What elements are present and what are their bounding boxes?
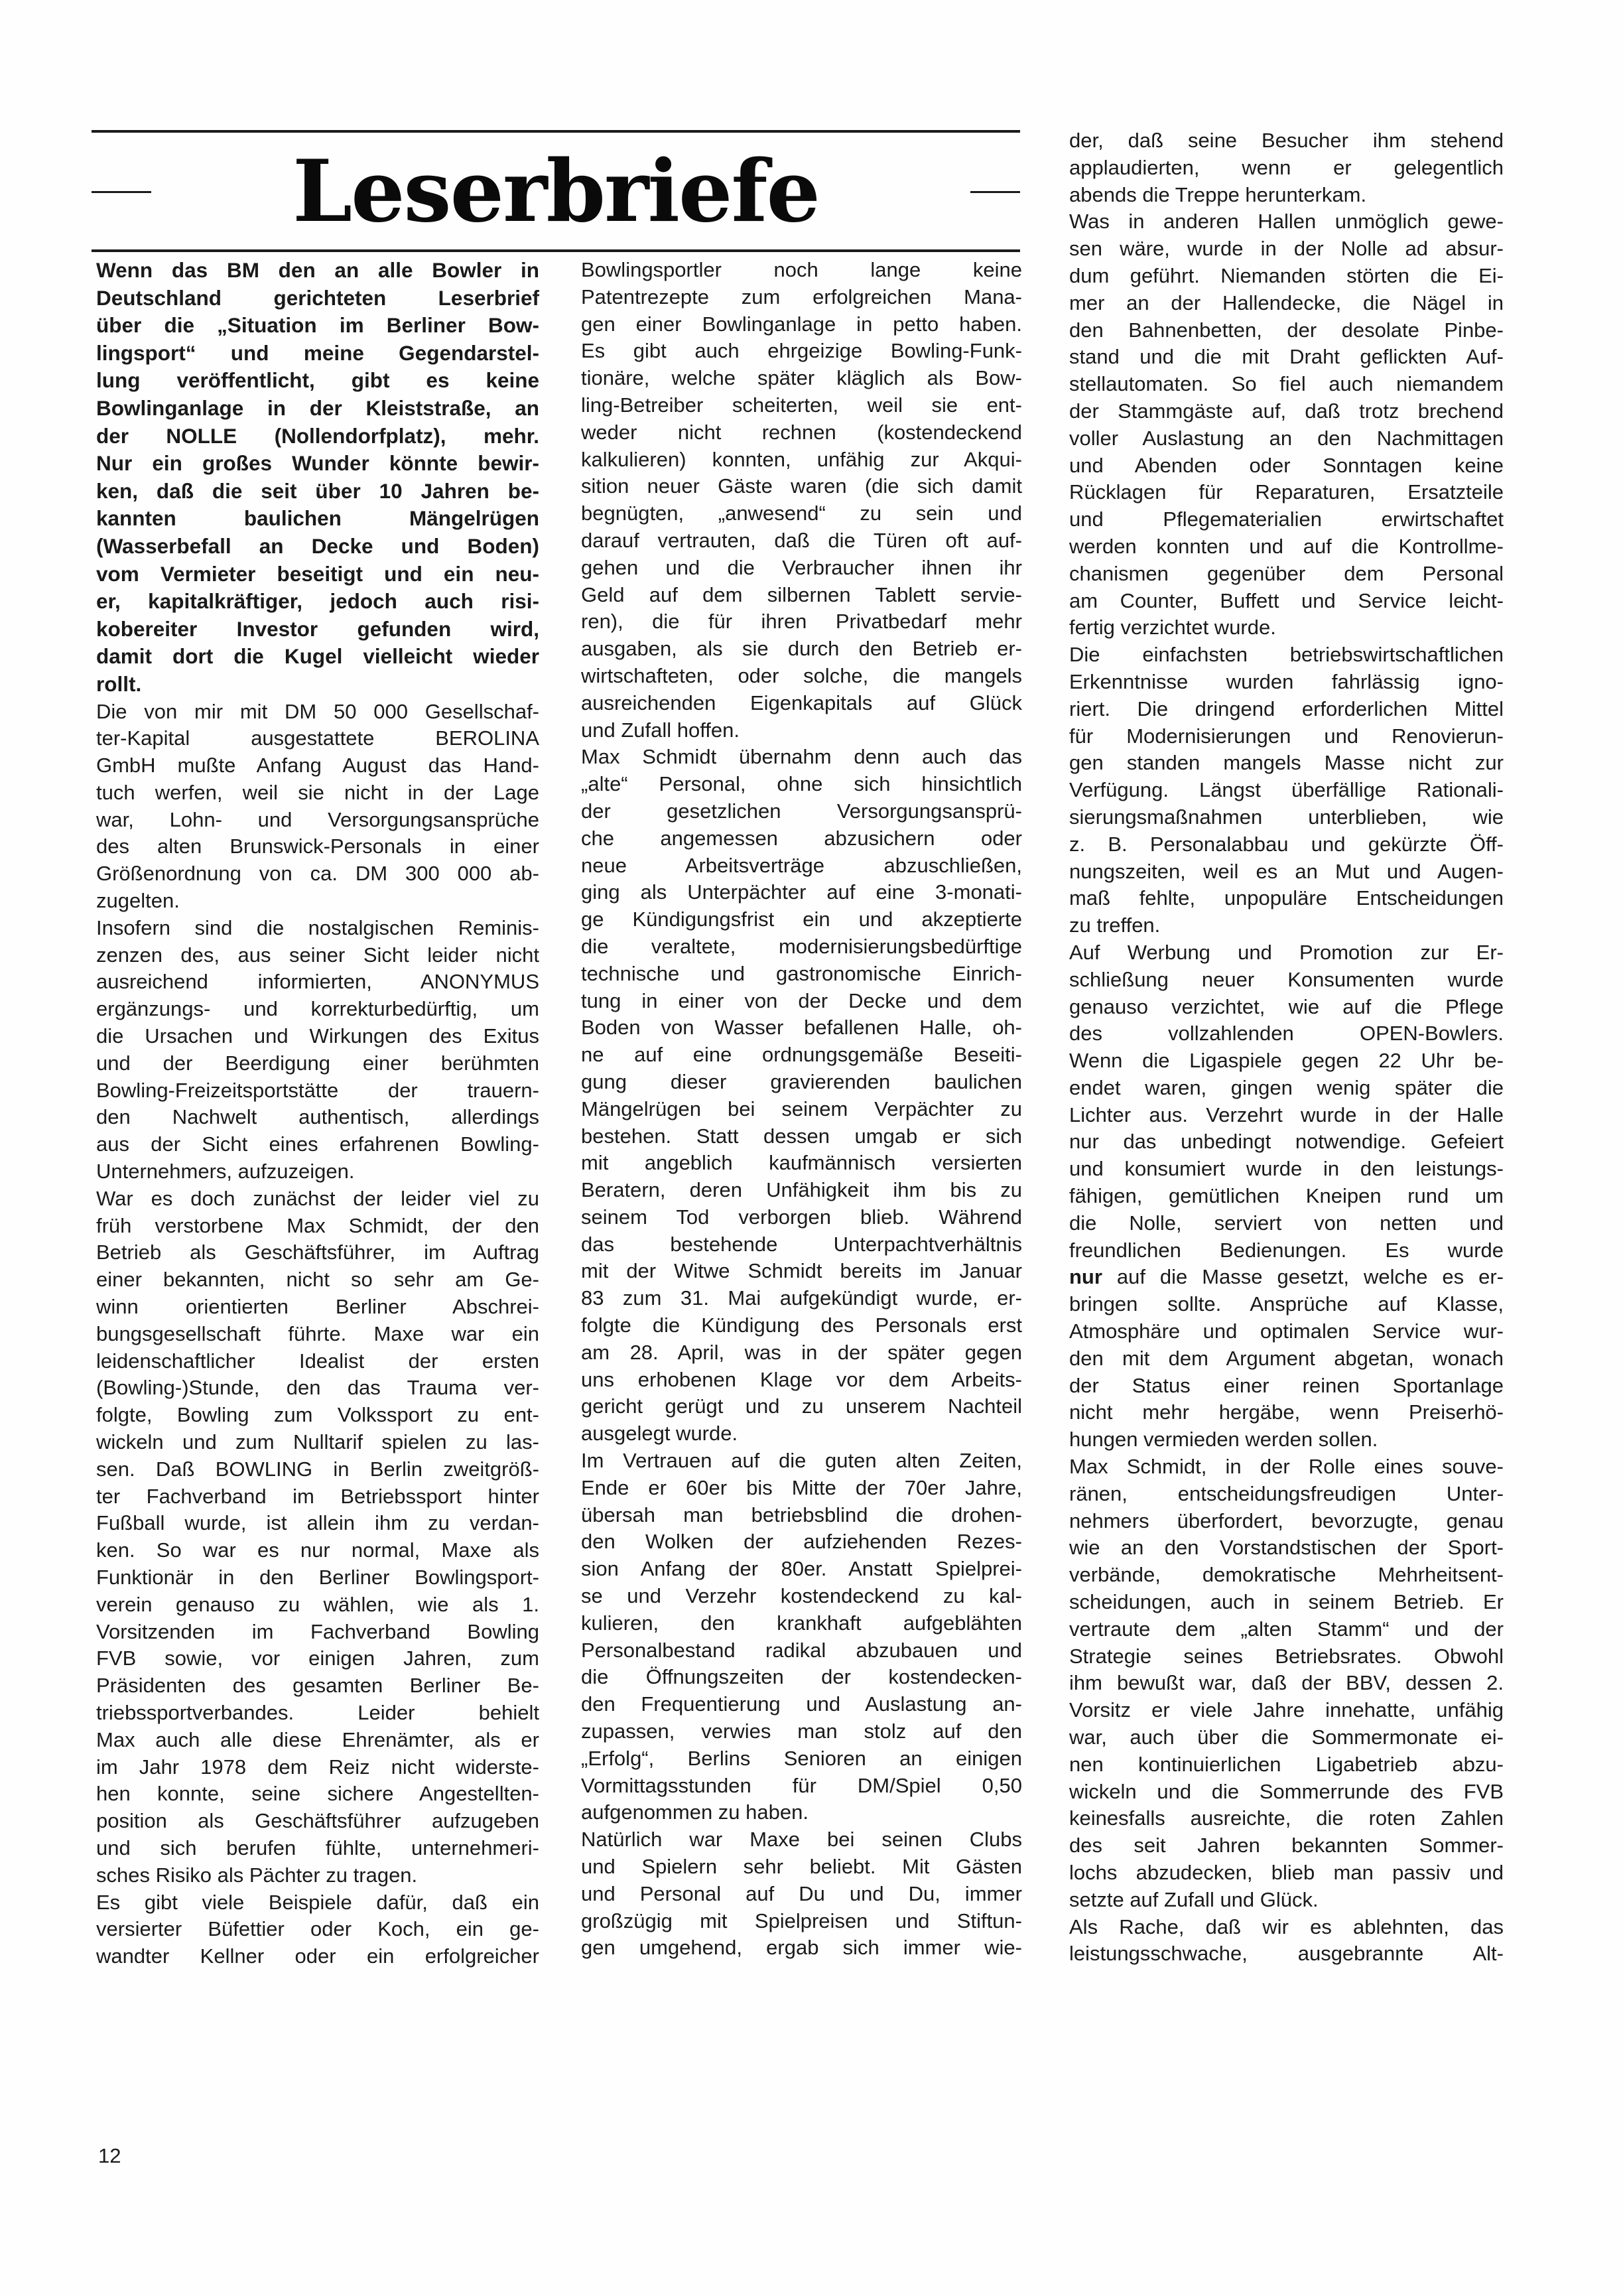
text-line: wandter Kellner oder ein erfolgreicher — [96, 1943, 539, 1970]
text-line: und Spielern sehr beliebt. Mit Gästen — [581, 1854, 1022, 1881]
text-line: kulieren, den krankhaft aufgeblähten — [581, 1610, 1022, 1637]
text-line: der, daß seine Besucher ihm stehend — [1069, 127, 1504, 155]
section-header: Leserbriefe — [92, 130, 1020, 249]
text-line: für Modernisierungen und Renovierun- — [1069, 723, 1504, 750]
text-line: werden konnten und auf die Kontrollme- — [1069, 533, 1504, 561]
text-line: ne auf eine ordnungsgemäße Beseiti- — [581, 1042, 1022, 1069]
text-line: Ende er 60er bis Mitte der 70er Jahre, — [581, 1475, 1022, 1502]
text-line: „alte“ Personal, ohne sich hinsichtlich — [581, 771, 1022, 798]
text-line: den mit dem Argument abgetan, wonach — [1069, 1345, 1504, 1373]
text-line: ausgaben, als sie durch den Betrieb er- — [581, 636, 1022, 663]
text-line: setzte auf Zufall und Glück. — [1069, 1887, 1504, 1914]
text-line: das bestehende Unterpachtverhältnis — [581, 1231, 1022, 1258]
text-line: hungen vermieden werden sollen. — [1069, 1426, 1504, 1453]
header-rule-right — [970, 191, 1020, 193]
text-line: wie an den Vorstandstischen der Sport- — [1069, 1534, 1504, 1562]
text-line: scheidungen, auch in seinem Betrieb. Er — [1069, 1589, 1504, 1616]
text-line: keinesfalls ausreichte, die roten Zahlen — [1069, 1805, 1504, 1832]
text-line: gericht gerügt und zu unserem Nachteil — [581, 1393, 1022, 1420]
text-line: Die von mir mit DM 50 000 Gesellschaf- — [96, 699, 539, 726]
text-line: sierungsmaßnahmen unterblieben, wie — [1069, 804, 1504, 831]
text-line: folgte, Bowling zum Volkssport zu ent- — [96, 1402, 539, 1429]
text-line: wickeln und die Sommerrunde des FVB — [1069, 1779, 1504, 1806]
text-line: nur auf die Masse gesetzt, welche es er- — [1069, 1264, 1504, 1291]
text-line: z. B. Personalabbau und gekürzte Öff- — [1069, 831, 1504, 858]
text-line: nungszeiten, weil es an Mut und Augen- — [1069, 858, 1504, 886]
text-line: zu treffen. — [1069, 912, 1504, 939]
text-line: se und Verzehr kostendeckend zu kal- — [581, 1583, 1022, 1610]
text-line: Patentrezepte zum erfolgreichen Mana- — [581, 284, 1022, 311]
text-line: über die „Situation im Berliner Bow- — [96, 312, 539, 340]
article-column-3: der, daß seine Besucher ihm stehendappla… — [1069, 127, 1504, 1968]
text-line: aus der Sicht eines erfahrenen Bowling- — [96, 1131, 539, 1158]
text-line: die Öffnungszeiten der kostendecken- — [581, 1664, 1022, 1691]
text-line: der Stammgäste auf, daß trotz brechend — [1069, 398, 1504, 425]
body-paragraph: Es gibt viele Beispiele dafür, daß einve… — [96, 1889, 539, 1970]
text-line: Insofern sind die nostalgischen Reminis- — [96, 915, 539, 942]
text-line: im Jahr 1978 dem Reiz nicht widerste- — [96, 1754, 539, 1781]
text-line: Natürlich war Maxe bei seinen Clubs — [581, 1826, 1022, 1854]
text-line: Wenn das BM den an alle Bowler in — [96, 257, 539, 285]
text-line: dum geführt. Niemanden störten die Ei- — [1069, 263, 1504, 290]
text-line: großzügig mit Spielpreisen und Stiftun- — [581, 1908, 1022, 1935]
text-line: und Abenden oder Sonntagen keine — [1069, 452, 1504, 480]
body-paragraph: Auf Werbung und Promotion zur Er-schließ… — [1069, 939, 1504, 1453]
text-line: Bowling-Freizeitsportstätte der trauern- — [96, 1077, 539, 1105]
text-line: Max auch alle diese Ehrenämter, als er — [96, 1727, 539, 1754]
text-line: stand und die mit Draht geflickten Auf- — [1069, 344, 1504, 371]
text-line: Bowlinganlage in der Kleiststraße, an — [96, 395, 539, 423]
text-line: früh verstorbene Max Schmidt, der den — [96, 1213, 539, 1240]
text-line: technische und gastronomische Einrich- — [581, 961, 1022, 988]
text-line: ränen, entscheidungsfreudigen Unter- — [1069, 1481, 1504, 1508]
text-line: tuch werfen, weil sie nicht in der Lage — [96, 779, 539, 807]
body-paragraph: Max Schmidt übernahm denn auch das„alte“… — [581, 744, 1022, 1448]
text-line: die Nolle, serviert von netten und — [1069, 1210, 1504, 1237]
text-line: kobereiter Investor gefunden wird, — [96, 616, 539, 643]
page-number: 12 — [98, 2144, 121, 2168]
text-line: Als Rache, daß wir es ablehnten, das — [1069, 1914, 1504, 1941]
text-line: Fußball wurde, ist allein ihm zu verdan- — [96, 1510, 539, 1537]
text-line: den Nachwelt authentisch, allerdings — [96, 1104, 539, 1131]
text-line: mit der Witwe Schmidt bereits im Januar — [581, 1258, 1022, 1285]
text-line: nicht mehr hergäbe, wenn Preiserhö- — [1069, 1399, 1504, 1426]
text-line: Vormittagsstunden für DM/Spiel 0,50 — [581, 1773, 1022, 1800]
text-line: lung veröffentlicht, gibt es keine — [96, 367, 539, 395]
body-paragraph: Bowlingsportler noch lange keinePatentre… — [581, 257, 1022, 744]
text-line: leistungsschwache, ausgebrannte Alt- — [1069, 1940, 1504, 1968]
body-paragraph: Im Vertrauen auf die guten alten Zeiten,… — [581, 1448, 1022, 1826]
text-line: Beratern, deren Unfähigkeit ihm bis zu — [581, 1177, 1022, 1204]
article-column-2: Bowlingsportler noch lange keinePatentre… — [581, 257, 1022, 1962]
text-line: und der Beerdigung einer berühmten — [96, 1050, 539, 1077]
text-line: Erkenntnisse wurden fahrlässig igno- — [1069, 669, 1504, 696]
text-line: des vollzahlenden OPEN-Bowlers. — [1069, 1020, 1504, 1047]
text-line: sition neuer Gäste waren (die sich damit — [581, 473, 1022, 500]
text-line: fertig verzichtet wurde. — [1069, 614, 1504, 642]
text-line: Vorsitzenden im Fachverband Bowling — [96, 1619, 539, 1646]
text-line: seinem Tod verborgen blieb. Während — [581, 1204, 1022, 1231]
text-line: GmbH mußte Anfang August das Hand- — [96, 752, 539, 779]
text-line: vertraute dem „alten Stamm“ und der — [1069, 1616, 1504, 1643]
text-line: ausgelegt wurde. — [581, 1420, 1022, 1448]
text-line: riert. Die dringend erforderlichen Mitte… — [1069, 696, 1504, 723]
text-line: den Wolken der aufziehenden Rezes- — [581, 1528, 1022, 1556]
text-line: Lichter aus. Verzehrt wurde in der Halle — [1069, 1102, 1504, 1129]
body-paragraph: Max Schmidt, in der Rolle eines souve-rä… — [1069, 1453, 1504, 1914]
text-line: 83 zum 31. Mai aufgekündigt wurde, er- — [581, 1285, 1022, 1312]
text-line: bungsgesellschaft führte. Maxe war ein — [96, 1321, 539, 1348]
text-line: sen wäre, wurde in der Nolle ad absur- — [1069, 236, 1504, 263]
text-line: Größenordnung von ca. DM 300 000 ab- — [96, 860, 539, 888]
text-line: ausreichenden Eigenkapitals auf Glück — [581, 690, 1022, 717]
text-line: Boden von Wasser befallenen Halle, oh- — [581, 1014, 1022, 1042]
text-line: bestehen. Statt dessen umgab er sich — [581, 1123, 1022, 1150]
text-line: Nur ein großes Wunder könnte bewir- — [96, 450, 539, 478]
text-line: freundlichen Bedienungen. Es wurde — [1069, 1237, 1504, 1264]
text-line: Präsidenten des gesamten Berliner Be- — [96, 1672, 539, 1700]
text-line: war, auch über die Sommermonate ei- — [1069, 1724, 1504, 1751]
text-line: hen konnte, seine sichere Angestellten- — [96, 1781, 539, 1808]
text-line: stellautomaten. So fiel auch niemandem — [1069, 371, 1504, 398]
text-line: zenzen des, aus seiner Sicht leider nich… — [96, 942, 539, 969]
text-line: bringen sollte. Ansprüche auf Klasse, — [1069, 1291, 1504, 1318]
text-line: uns erhobenen Klage vor dem Arbeits- — [581, 1367, 1022, 1394]
text-line: Rücklagen für Reparaturen, Ersatzteile — [1069, 479, 1504, 506]
text-line: ken, daß die seit über 10 Jahren be- — [96, 478, 539, 506]
text-line: darauf vertrauten, daß die Türen oft auf… — [581, 527, 1022, 555]
body-paragraph: Was in anderen Hallen unmöglich gewe-sen… — [1069, 208, 1504, 642]
text-line: die veraltete, modernisierungsbedürftige — [581, 933, 1022, 961]
text-line: Max Schmidt, in der Rolle eines souve- — [1069, 1453, 1504, 1481]
body-paragraph: der, daß seine Besucher ihm stehendappla… — [1069, 127, 1504, 208]
text-line: voller Auslastung an den Nachmittagen — [1069, 425, 1504, 452]
text-line: war, Lohn- und Versorgungsansprüche — [96, 807, 539, 834]
text-line: des alten Brunswick-Personals in einer — [96, 833, 539, 860]
text-line: ging als Unterpächter auf eine 3-monati- — [581, 879, 1022, 906]
text-line: (Wasserbefall an Decke und Boden) — [96, 533, 539, 561]
text-line: neue Arbeitsverträge abzuschließen, — [581, 852, 1022, 880]
text-line: Im Vertrauen auf die guten alten Zeiten, — [581, 1448, 1022, 1475]
text-line: verein genauso zu wählen, wie als 1. — [96, 1591, 539, 1619]
text-line: ren), die für ihren Privatbedarf mehr — [581, 608, 1022, 636]
text-line: leidenschaftlicher Idealist der ersten — [96, 1348, 539, 1375]
text-line: Funktionär in den Berliner Bowlingsport- — [96, 1564, 539, 1591]
body-paragraph: Natürlich war Maxe bei seinen Clubsund S… — [581, 1826, 1022, 1962]
text-line: der gesetzlichen Versorgungsansprü- — [581, 798, 1022, 825]
text-line: mer an der Hallendecke, die Nägel in — [1069, 290, 1504, 317]
text-line: sches Risiko als Pächter zu tragen. — [96, 1862, 539, 1889]
text-line: (Bowling-)Stunde, den das Trauma ver- — [96, 1375, 539, 1402]
text-line: einer bekannten, nicht so sehr am Ge- — [96, 1266, 539, 1294]
header-rule-top — [92, 130, 1020, 133]
text-line: der Status einer reinen Sportanlage — [1069, 1373, 1504, 1400]
body-paragraph: Insofern sind die nostalgischen Reminis-… — [96, 915, 539, 1185]
text-line: Was in anderen Hallen unmöglich gewe- — [1069, 208, 1504, 236]
text-line: nehmers überfordert, bevorzugte, genau — [1069, 1508, 1504, 1535]
text-line: wickeln und zum Nulltarif spielen zu las… — [96, 1429, 539, 1456]
text-line: den Bahnenbetten, der desolate Pinbe- — [1069, 317, 1504, 344]
text-line: Bowlingsportler noch lange keine — [581, 257, 1022, 284]
text-line: und Personal auf Du und Du, immer — [581, 1881, 1022, 1908]
text-line: kannten baulichen Mängelrügen — [96, 505, 539, 533]
text-line: Verfügung. Längst überfällige Rationali- — [1069, 777, 1504, 804]
text-line: ge Kündigungsfrist ein und akzeptierte — [581, 906, 1022, 933]
text-line: ken. So war es nur normal, Maxe als — [96, 1537, 539, 1564]
text-line: des seit Jahren bekannten Sommer- — [1069, 1832, 1504, 1859]
text-line: die Ursachen und Wirkungen des Exitus — [96, 1023, 539, 1050]
text-line: Wenn die Ligaspiele gegen 22 Uhr be- — [1069, 1047, 1504, 1075]
text-line: versierter Büfettier oder Koch, ein ge- — [96, 1916, 539, 1943]
page-title: Leserbriefe — [92, 135, 1020, 248]
text-line: ihm bewußt war, daß der BBV, dessen 2. — [1069, 1670, 1504, 1697]
text-line: weder nicht rechnen (kostendeckend — [581, 419, 1022, 446]
text-line: genauso verzichtet, wie auf die Pflege — [1069, 994, 1504, 1021]
lead-paragraph: Wenn das BM den an alle Bowler inDeutsch… — [96, 257, 539, 699]
text-line: endet waren, gingen wenig später die — [1069, 1075, 1504, 1102]
text-line: kalkulieren) konnten, unfähig zur Akqui- — [581, 446, 1022, 474]
body-paragraph: Die von mir mit DM 50 000 Gesellschaf-te… — [96, 699, 539, 915]
text-line: gen umgehend, ergab sich immer wie- — [581, 1934, 1022, 1962]
text-line: Es gibt viele Beispiele dafür, daß ein — [96, 1889, 539, 1917]
text-line: Die einfachsten betriebswirtschaftlichen — [1069, 642, 1504, 669]
text-line: übersah man betriebsblind die drohen- — [581, 1502, 1022, 1529]
text-line: chanismen gegenüber dem Personal — [1069, 561, 1504, 588]
article-column-1: Wenn das BM den an alle Bowler inDeutsch… — [96, 257, 539, 1970]
text-line: mit angeblich kaufmännisch versierten — [581, 1150, 1022, 1177]
body-paragraph: Die einfachsten betriebswirtschaftlichen… — [1069, 642, 1504, 939]
text-line: aufgenommen zu haben. — [581, 1799, 1022, 1826]
text-line: vom Vermieter beseitigt und ein neu- — [96, 561, 539, 588]
text-line: FVB sowie, vor einigen Jahren, zum — [96, 1645, 539, 1672]
text-line: Strategie seines Betriebsrates. Obwohl — [1069, 1643, 1504, 1670]
text-line: zupassen, verwies man stolz auf den — [581, 1718, 1022, 1745]
text-line: Personalbestand radikal abzubauen und — [581, 1637, 1022, 1664]
header-rule-bottom — [92, 249, 1020, 252]
text-line: damit dort die Kugel vielleicht wieder — [96, 643, 539, 671]
text-line: und Pflegematerialien erwirtschaftet — [1069, 506, 1504, 533]
text-line: Es gibt auch ehrgeizige Bowling-Funk- — [581, 338, 1022, 365]
text-line: tung in einer von der Decke und dem — [581, 988, 1022, 1015]
text-line: Vorsitz er viele Jahre innehatte, unfähi… — [1069, 1697, 1504, 1724]
text-line: er, kapitalkräftiger, jedoch auch risi- — [96, 588, 539, 616]
text-line: War es doch zunächst der leider viel zu — [96, 1185, 539, 1213]
text-line: ergänzungs- und korrekturbedürftig, um — [96, 996, 539, 1023]
text-line: Geld auf dem silbernen Tablett servie- — [581, 582, 1022, 609]
text-line: nur das unbedingt notwendige. Gefeiert — [1069, 1128, 1504, 1156]
body-paragraph: War es doch zunächst der leider viel zuf… — [96, 1185, 539, 1889]
text-line: den Frequentierung und Auslastung an- — [581, 1691, 1022, 1718]
text-line: wirtschafteten, oder solche, die mangels — [581, 663, 1022, 690]
text-line: applaudierten, wenn er gelegentlich — [1069, 155, 1504, 182]
text-line: rollt. — [96, 671, 539, 699]
text-line: ter-Kapital ausgestattete BEROLINA — [96, 725, 539, 752]
text-line: und sich berufen fühlte, unternehmeri- — [96, 1835, 539, 1862]
text-line: schließung neuer Konsumenten wurde — [1069, 967, 1504, 994]
text-line: sen. Daß BOWLING in Berlin zweitgröß- — [96, 1456, 539, 1483]
text-line: maß fehlte, unpopuläre Entscheidungen — [1069, 885, 1504, 912]
text-line: „Erfolg“, Berlins Senioren an einigen — [581, 1745, 1022, 1773]
text-line: fähigen, gemütlichen Kneipen rund um — [1069, 1183, 1504, 1210]
text-line: und Zufall hoffen. — [581, 717, 1022, 744]
text-line: ter Fachverband im Betriebssport hinter — [96, 1483, 539, 1511]
text-line: lingsport“ und meine Gegendarstel- — [96, 340, 539, 368]
text-line: sion Anfang der 80er. Anstatt Spielprei- — [581, 1556, 1022, 1583]
text-line: Deutschland gerichteten Leserbrief — [96, 285, 539, 312]
text-line: gung dieser gravierenden baulichen — [581, 1069, 1022, 1096]
text-line: am 28. April, was in der später gegen — [581, 1339, 1022, 1367]
text-line: winn orientierten Berliner Abschrei- — [96, 1294, 539, 1321]
text-line: nen kontinuierlichen Ligabetrieb abzu- — [1069, 1751, 1504, 1779]
text-line: am Counter, Buffett und Service leicht- — [1069, 588, 1504, 615]
text-line: triebssportverbandes. Leider behielt — [96, 1700, 539, 1727]
text-line: tionäre, welche später kläglich als Bow- — [581, 365, 1022, 392]
text-line: Auf Werbung und Promotion zur Er- — [1069, 939, 1504, 967]
text-line: Betrieb als Geschäftsführer, im Auftrag — [96, 1239, 539, 1266]
text-line: lochs abzudecken, blieb man passiv und — [1069, 1859, 1504, 1887]
text-line: gehen und die Verbraucher ihnen ihr — [581, 555, 1022, 582]
text-line: Unternehmers, aufzuzeigen. — [96, 1158, 539, 1185]
text-line: abends die Treppe herunterkam. — [1069, 182, 1504, 209]
text-line: folgte die Kündigung des Personals erst — [581, 1312, 1022, 1339]
text-line: position als Geschäftsführer aufzugeben — [96, 1808, 539, 1835]
text-line: ling-Betreiber scheiterten, weil sie ent… — [581, 392, 1022, 419]
text-line: ausreichend informierten, ANONYMUS — [96, 969, 539, 996]
text-line: Atmosphäre und optimalen Service wur- — [1069, 1318, 1504, 1345]
text-line: verbände, demokratische Mehrheitsent- — [1069, 1562, 1504, 1589]
text-line: und konsumiert wurde in den leistungs- — [1069, 1156, 1504, 1183]
text-line: che angemessen abzusichern oder — [581, 825, 1022, 852]
text-line: Mängelrügen bei seinem Verpächter zu — [581, 1096, 1022, 1123]
text-line: begnügten, „anwesend“ zu sein und — [581, 500, 1022, 527]
text-line: Max Schmidt übernahm denn auch das — [581, 744, 1022, 771]
body-paragraph: Als Rache, daß wir es ablehnten, dasleis… — [1069, 1914, 1504, 1968]
text-line: gen einer Bowlinganlage in petto haben. — [581, 311, 1022, 338]
magazine-page: Leserbriefe Wenn das BM den an alle Bowl… — [0, 0, 1623, 2296]
text-line: der NOLLE (Nollendorfplatz), mehr. — [96, 423, 539, 450]
text-line: zugelten. — [96, 888, 539, 915]
text-line: gen standen mangels Masse nicht zur — [1069, 750, 1504, 777]
